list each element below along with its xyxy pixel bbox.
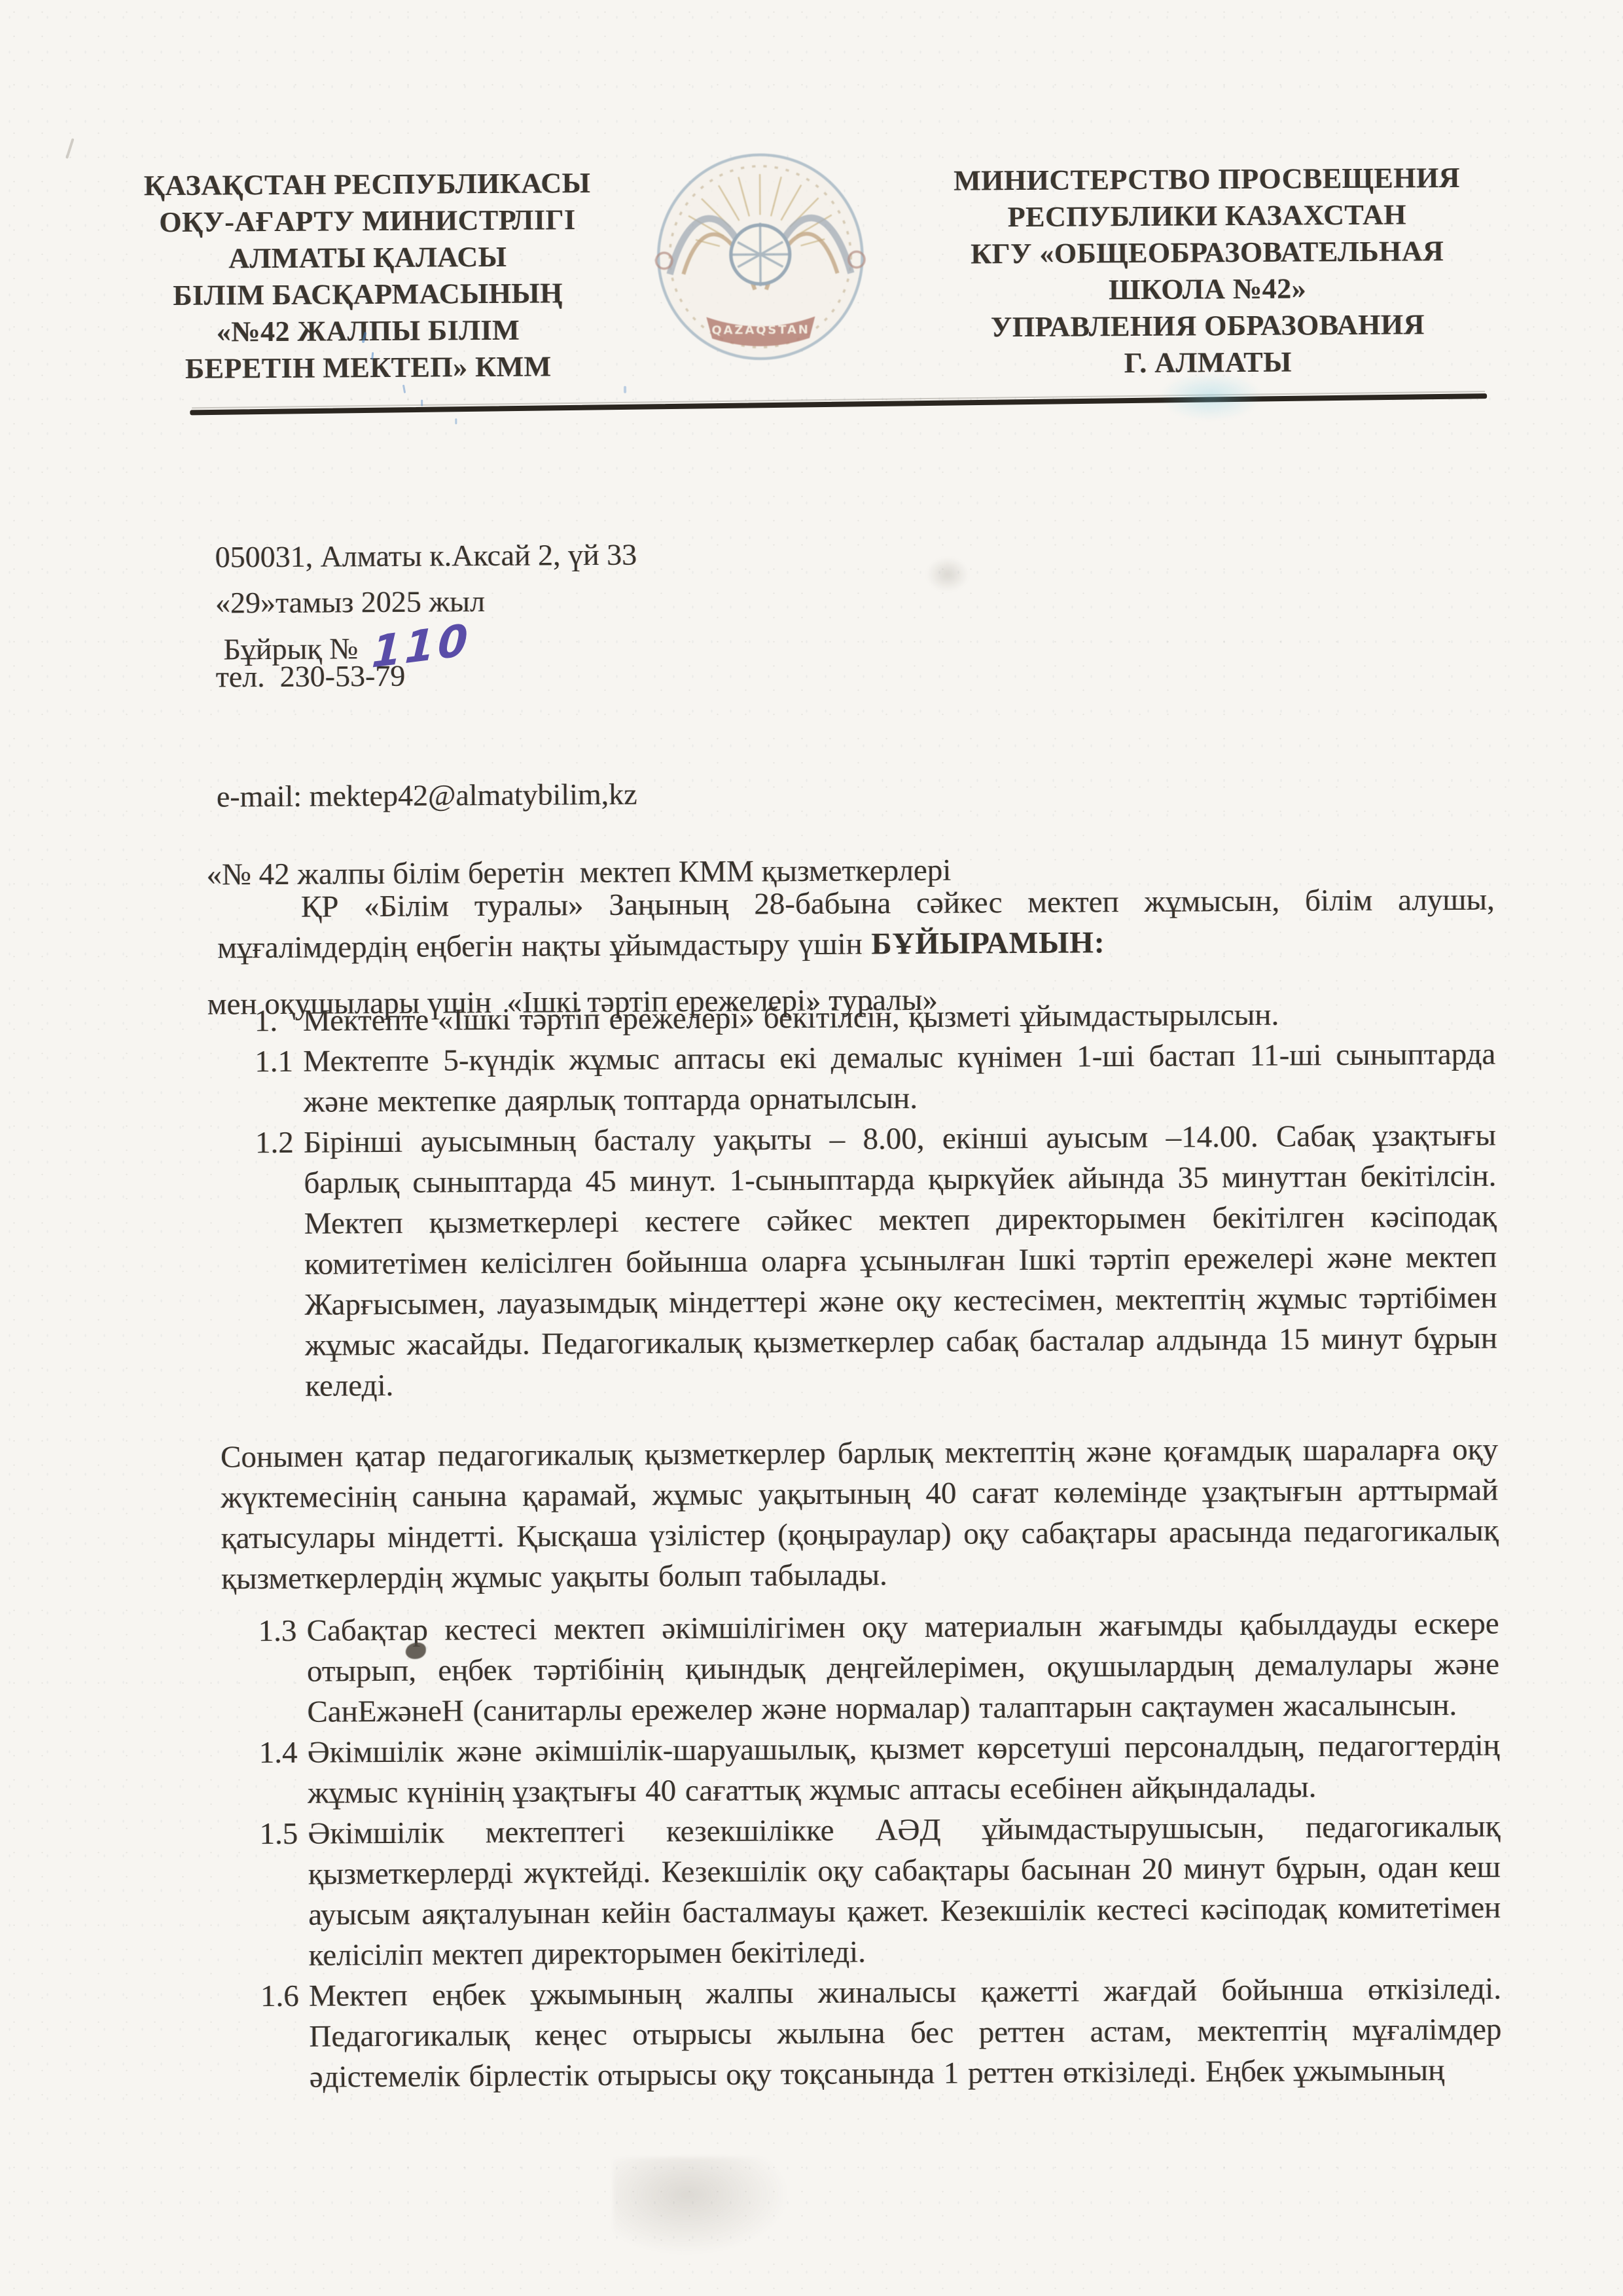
pencil-mark	[65, 138, 75, 159]
body-paragraph: Сонымен қатар педагогикалық қызметкерлер…	[221, 1429, 1499, 1600]
order-meta: «29»тамыз 2025 жыл Бұйрық №110	[215, 581, 486, 671]
divider-rule	[190, 393, 1487, 415]
item-text: Мектеп еңбек ұжымының жалпы жиналысы қаж…	[309, 1972, 1502, 2094]
intro-paragraph: ҚР «Білім туралы» Заңының 28-бабына сәйк…	[217, 880, 1495, 969]
item-text: Бірінші ауысымның басталу уақыты – 8.00,…	[304, 1119, 1497, 1403]
item-text: Сабақтар кестесі мектеп әкімшілігімен оқ…	[306, 1607, 1499, 1729]
order-number-label: Бұйрық №	[223, 632, 358, 666]
org-ru-line: КГУ «ОБЩЕОБРАЗОВАТЕЛЬНАЯ	[891, 232, 1524, 273]
document-body: ҚР «Білім туралы» Заңының 28-бабына сәйк…	[217, 880, 1502, 2098]
scanned-content: ҚАЗАҚСТАН РЕСПУБЛИКАСЫ ОҚУ-АҒАРТУ МИНИСТ…	[0, 0, 1623, 2296]
order-item-1-6: 1.6Мектеп еңбек ұжымының жалпы жиналысы …	[260, 1969, 1502, 2098]
order-item-1: 1.Мектепте «Ішкі тәртіп ережелері» бекіт…	[255, 994, 1495, 1042]
org-name-ru: МИНИСТЕРСТВО ПРОСВЕЩЕНИЯ РЕСПУБЛИКИ КАЗА…	[891, 159, 1524, 383]
order-item-1-2: 1.2Бірінші ауысымның басталу уақыты – 8.…	[255, 1115, 1498, 1407]
intro-text: ҚР «Білім туралы» Заңының 28-бабына сәйк…	[217, 883, 1495, 965]
scan-smudge	[926, 557, 969, 592]
pen-mark	[421, 400, 423, 406]
item-number: 1.3	[258, 1611, 306, 1651]
org-kk-line: АЛМАТЫ ҚАЛАСЫ	[106, 238, 630, 278]
org-kk-line: ОҚУ-АҒАРТУ МИНИСТРЛІГІ	[105, 202, 629, 242]
org-name-kk: ҚАЗАҚСТАН РЕСПУБЛИКАСЫ ОҚУ-АҒАРТУ МИНИСТ…	[105, 165, 630, 388]
org-kk-line: ҚАЗАҚСТАН РЕСПУБЛИКАСЫ	[105, 165, 629, 205]
item-text: Мектепте 5-күндік жұмыс аптасы екі демал…	[303, 1037, 1495, 1119]
order-item-1-4: 1.4Әкімшілік және әкімшілік-шаруашылық, …	[259, 1725, 1501, 1814]
org-ru-line: МИНИСТЕРСТВО ПРОСВЕЩЕНИЯ	[891, 159, 1523, 200]
pen-mark	[455, 418, 457, 424]
org-kk-line: БЕРЕТІН МЕКТЕП» КММ	[107, 348, 630, 388]
order-item-1-3: 1.3Сабақтар кестесі мектеп әкімшілігімен…	[258, 1604, 1499, 1733]
document-page: ҚАЗАҚСТАН РЕСПУБЛИКАСЫ ОҚУ-АҒАРТУ МИНИСТ…	[0, 0, 1623, 2296]
org-ru-line: УПРАВЛЕНИЯ ОБРАЗОВАНИЯ	[891, 306, 1524, 346]
org-ru-line: Г. АЛМАТЫ	[892, 342, 1524, 383]
item-number: 1.5	[259, 1814, 308, 1854]
org-ru-line: ШКОЛА №42»	[891, 269, 1524, 310]
order-verb: БҰЙЫРАМЫН:	[871, 925, 1105, 961]
order-number-handwritten: 110	[370, 619, 472, 673]
org-kk-line: БІЛІМ БАСҚАРМАСЫНЫҢ	[106, 275, 630, 315]
item-text: Әкімшілік және әкімшілік-шаруашылық, қыз…	[308, 1729, 1500, 1810]
item-number: 1.	[255, 1001, 303, 1041]
scan-smudge	[613, 2157, 791, 2256]
item-number: 1.1	[255, 1041, 303, 1082]
contact-address: 050031, Алматы к.Аксай 2, үй 33	[215, 535, 637, 577]
coat-of-arms-icon: QAZAQSTAN	[629, 163, 892, 374]
item-number: 1.2	[255, 1122, 304, 1163]
order-item-1-5: 1.5Әкімшілік мектептегі кезекшілікке АӘД…	[259, 1806, 1501, 1977]
item-text: Мектепте «Ішкі тәртіп ережелері» бекітіл…	[303, 998, 1279, 1038]
org-ru-line: РЕСПУБЛИКИ КАЗАХСТАН	[891, 196, 1523, 236]
paragraph-text: Сонымен қатар педагогикалық қызметкерлер…	[221, 1433, 1499, 1596]
letterhead: ҚАЗАҚСТАН РЕСПУБЛИКАСЫ ОҚУ-АҒАРТУ МИНИСТ…	[105, 159, 1524, 387]
org-kk-line: «№42 ЖАЛПЫ БІЛІМ	[106, 312, 630, 351]
emblem-banner-text: QAZAQSTAN	[711, 323, 810, 337]
order-item-1-1: 1.1Мектепте 5-күндік жұмыс аптасы екі де…	[255, 1034, 1496, 1123]
pen-mark	[624, 386, 626, 393]
item-number: 1.4	[259, 1732, 308, 1773]
item-number: 1.6	[260, 1976, 309, 2017]
item-text: Әкімшілік мектептегі кезекшілікке АӘД ұй…	[308, 1810, 1501, 1973]
order-number-line: Бұйрық №110	[223, 622, 485, 670]
